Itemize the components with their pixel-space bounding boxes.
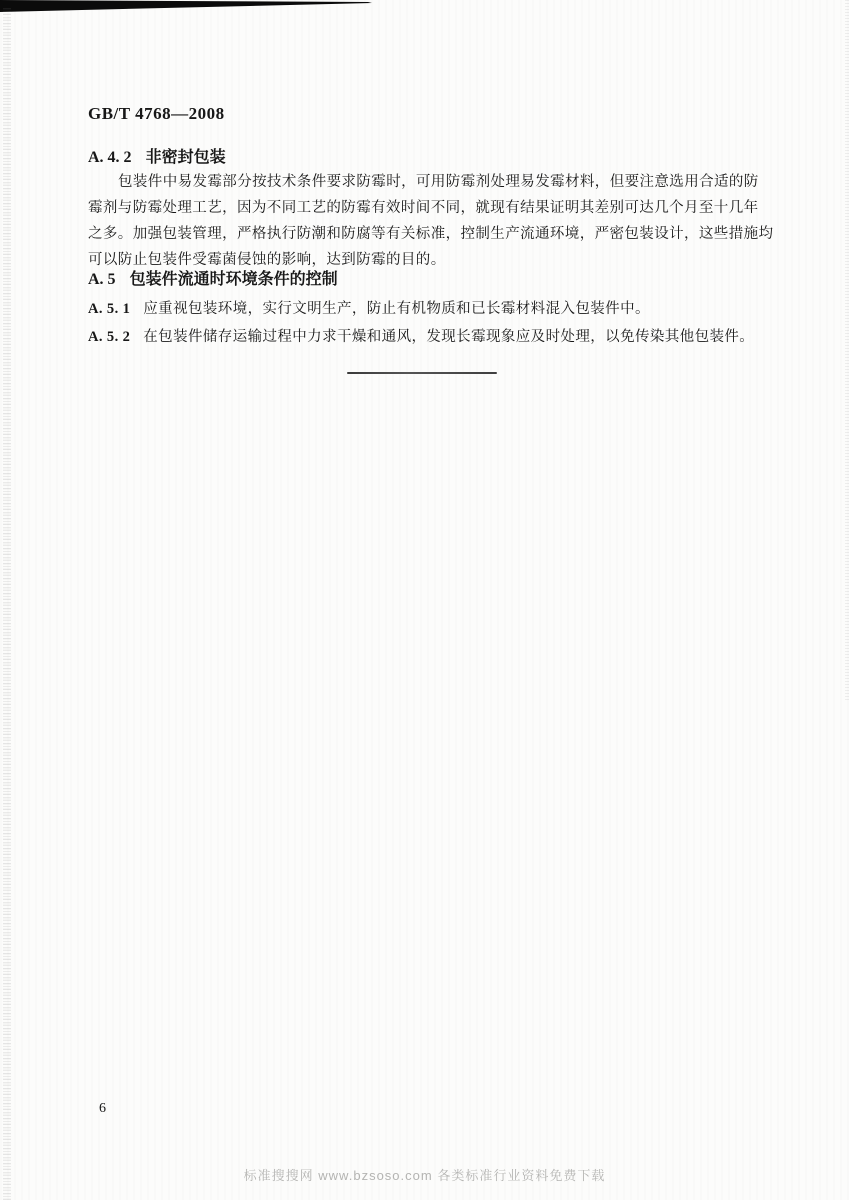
clause-item-a52: A. 5. 2在包装件储存运输过程中力求干燥和通风，发现长霉现象应及时处理，以免…	[88, 325, 754, 346]
section-heading-a42: A. 4. 2非密封包装	[88, 144, 226, 167]
clause-number-a52: A. 5. 2	[88, 329, 130, 345]
scan-artifact-top-wedge	[0, 0, 380, 14]
scanned-document-page: GB/T 4768—2008 A. 4. 2非密封包装 包装件中易发霉部分按技术…	[0, 0, 849, 1200]
clause-number-a42: A. 4. 2	[88, 149, 132, 166]
document-header-standard-number: GB/T 4768—2008	[88, 104, 225, 124]
scan-artifact-left-edge-noise	[3, 8, 11, 1200]
page-number: 6	[99, 1101, 106, 1117]
paragraph-line: 霉剂与防霉处理工艺，因为不同工艺的防霉有效时间不同，就现有结果证明其差别可达几个…	[88, 195, 768, 221]
paragraph-a42-body: 包装件中易发霉部分按技术条件要求防霉时，可用防霉剂处理易发霉材料，但要注意选用合…	[88, 169, 768, 273]
clause-item-a51: A. 5. 1应重视包装环境，实行文明生产，防止有机物质和已长霉材料混入包装件中…	[88, 297, 650, 318]
scan-artifact-right-edge-noise	[845, 0, 849, 700]
clause-number-a51: A. 5. 1	[88, 301, 130, 317]
clause-text-a52: 在包装件储存运输过程中力求干燥和通风，发现长霉现象应及时处理，以免传染其他包装件…	[143, 329, 754, 345]
end-of-document-rule	[347, 372, 497, 374]
paragraph-line: 之多。加强包装管理，严格执行防潮和防腐等有关标准，控制生产流通环境，严密包装设计…	[88, 221, 768, 247]
clause-number-a5: A. 5	[88, 271, 116, 288]
footer-watermark: 标准搜搜网 www.bzsoso.com 各类标准行业资料免费下载	[0, 1165, 849, 1184]
clause-text-a51: 应重视包装环境，实行文明生产，防止有机物质和已长霉材料混入包装件中。	[143, 301, 650, 317]
section-title-a42: 非密封包装	[146, 149, 226, 166]
section-title-a5: 包装件流通时环境条件的控制	[130, 271, 338, 288]
section-heading-a5: A. 5包装件流通时环境条件的控制	[88, 266, 338, 289]
paragraph-line: 包装件中易发霉部分按技术条件要求防霉时，可用防霉剂处理易发霉材料，但要注意选用合…	[88, 169, 768, 195]
